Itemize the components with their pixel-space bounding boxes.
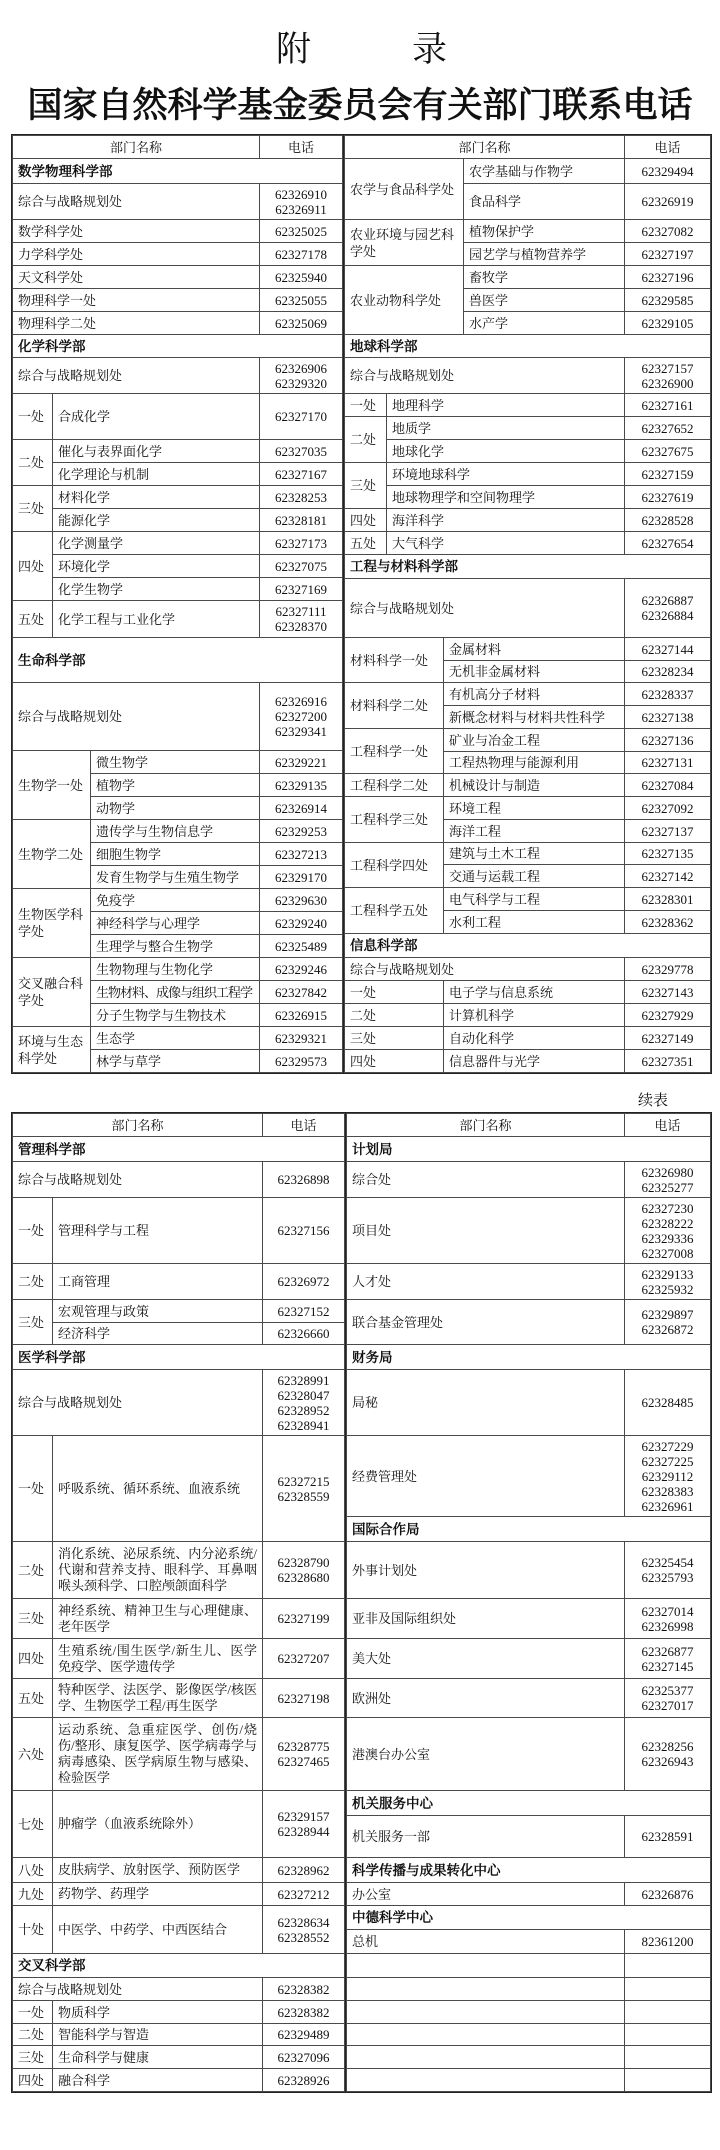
department-name: 海洋工程 bbox=[444, 820, 625, 843]
empty-cell bbox=[347, 1954, 625, 1978]
table-row: 综合与战略规划处62326916 62327200 62329341 bbox=[13, 683, 343, 751]
department-name: 农学基础与作物学 bbox=[464, 159, 625, 184]
phone-number: 62327131 bbox=[625, 752, 711, 774]
table-row: 物理科学一处62325055 bbox=[13, 289, 343, 312]
department-name: 综合与战略规划处 bbox=[13, 1978, 263, 2001]
phone-number: 62327136 bbox=[625, 729, 711, 752]
phone-number: 62327082 bbox=[625, 220, 711, 243]
division-label: 二处 bbox=[345, 417, 387, 463]
table-row: 欧洲处62325377 62327017 bbox=[347, 1679, 711, 1718]
table-row: 交叉科学部 bbox=[13, 1954, 345, 1978]
phone-number: 62327654 bbox=[625, 532, 711, 555]
department-name: 综合与战略规划处 bbox=[345, 958, 625, 981]
department-name: 机关服务一部 bbox=[347, 1816, 625, 1858]
phone-number: 62327652 bbox=[625, 417, 711, 440]
department-name: 金属材料 bbox=[444, 638, 625, 661]
department-name: 综合与战略规划处 bbox=[13, 1370, 263, 1436]
table-row: 四处生殖系统/围生医学/新生儿、医学免疫学、医学遗传学62327207 bbox=[13, 1639, 345, 1679]
column-header-name: 部门名称 bbox=[13, 1114, 263, 1137]
phone-number: 62327157 62326900 bbox=[625, 358, 711, 394]
department-name: 植物保护学 bbox=[464, 220, 625, 243]
table-row: 一处呼吸系统、循环系统、血液系统62327215 62328559 bbox=[13, 1436, 345, 1542]
department-name: 材料化学 bbox=[53, 486, 260, 509]
department-name: 化学测量学 bbox=[53, 532, 260, 555]
table-row: 综合与战略规划处62327157 62326900 bbox=[345, 358, 711, 394]
division-label: 三处 bbox=[13, 1300, 53, 1345]
appendix-title-char-1: 附 bbox=[276, 31, 311, 69]
department-name: 电子学与信息系统 bbox=[444, 981, 625, 1004]
division-label: 工程科学一处 bbox=[345, 729, 444, 774]
department-name: 力学科学处 bbox=[13, 243, 260, 266]
table-row: 财务局 bbox=[347, 1345, 711, 1370]
empty-cell bbox=[347, 1978, 625, 2001]
table-row: 地球科学部 bbox=[345, 335, 711, 358]
empty-cell bbox=[625, 2024, 711, 2046]
phone-number: 62329157 62328944 bbox=[263, 1791, 345, 1858]
division-label: 二处 bbox=[13, 2024, 53, 2046]
table-row: 数学科学处62325025 bbox=[13, 220, 343, 243]
department-name: 物理科学一处 bbox=[13, 289, 260, 312]
table-row: 九处药物学、药理学62327212 bbox=[13, 1883, 345, 1906]
department-name: 信息器件与光学 bbox=[444, 1050, 625, 1073]
phone-number: 62325025 bbox=[260, 220, 343, 243]
phone-number: 62327199 bbox=[263, 1599, 345, 1639]
phone-number: 62327173 bbox=[260, 532, 343, 555]
department-name: 机械设计与制造 bbox=[444, 774, 625, 797]
department-name: 物理科学二处 bbox=[13, 312, 260, 335]
table-row: 二处消化系统、泌尿系统、内分泌系统/代谢和营养支持、眼科学、耳鼻咽喉头颈科学、口… bbox=[13, 1542, 345, 1599]
division-label: 生物学一处 bbox=[13, 751, 91, 820]
department-name: 建筑与土木工程 bbox=[444, 843, 625, 865]
phone-number: 62327137 bbox=[625, 820, 711, 843]
section-header: 中德科学中心 bbox=[347, 1906, 711, 1930]
table-row: 美大处62326877 62327145 bbox=[347, 1639, 711, 1679]
department-name: 神经科学与心理学 bbox=[91, 912, 260, 935]
table-row: 十处中医学、中药学、中西医结合62328634 62328552 bbox=[13, 1906, 345, 1954]
table-row: 能源化学62328181 bbox=[13, 509, 343, 532]
table-row: 综合与战略规划处62326906 62329320 bbox=[13, 358, 343, 394]
phone-number: 62326876 bbox=[625, 1883, 711, 1906]
table-row: 一处地理科学62327161 bbox=[345, 394, 711, 417]
department-name: 园艺学与植物营养学 bbox=[464, 243, 625, 266]
section-header: 地球科学部 bbox=[345, 335, 711, 358]
phone-number: 62325489 bbox=[260, 935, 343, 958]
department-name: 矿业与冶金工程 bbox=[444, 729, 625, 752]
phone-number: 62327111 62328370 bbox=[260, 601, 343, 638]
column-header-name: 部门名称 bbox=[347, 1114, 625, 1137]
division-label: 三处 bbox=[13, 486, 53, 532]
table-row: 农学与食品科学处农学基础与作物学62329494 bbox=[345, 159, 711, 184]
division-label: 二处 bbox=[345, 1004, 444, 1027]
division-label: 四处 bbox=[13, 1639, 53, 1679]
department-name: 工程热物理与能源利用 bbox=[444, 752, 625, 774]
section-header: 生命科学部 bbox=[13, 638, 343, 683]
table-row: 化学理论与机制62327167 bbox=[13, 463, 343, 486]
table-row: 综合与战略规划处62328991 62328047 62328952 62328… bbox=[13, 1370, 345, 1436]
division-label: 工程科学二处 bbox=[345, 774, 444, 797]
table-row: 化学生物学62327169 bbox=[13, 578, 343, 601]
section-header: 国际合作局 bbox=[347, 1517, 711, 1542]
table-row: 工程科学一处矿业与冶金工程62327136 bbox=[345, 729, 711, 752]
table-row: 信息科学部 bbox=[345, 934, 711, 958]
empty-cell bbox=[625, 1954, 711, 1978]
department-name: 微生物学 bbox=[91, 751, 260, 774]
department-name: 综合与战略规划处 bbox=[13, 184, 260, 220]
division-label: 九处 bbox=[13, 1883, 53, 1906]
phone-number: 62329573 bbox=[260, 1050, 343, 1073]
empty-cell bbox=[625, 2001, 711, 2024]
table-row: 三处自动化科学62327149 bbox=[345, 1027, 711, 1050]
department-name: 交通与运载工程 bbox=[444, 865, 625, 888]
section-header: 管理科学部 bbox=[13, 1137, 345, 1162]
department-name: 消化系统、泌尿系统、内分泌系统/代谢和营养支持、眼科学、耳鼻咽喉头颈科学、口腔颅… bbox=[53, 1542, 263, 1599]
phone-number: 82361200 bbox=[625, 1930, 711, 1954]
phone-number: 62328234 bbox=[625, 661, 711, 683]
header-row: 部门名称电话 bbox=[13, 136, 343, 159]
division-label: 农业环境与园艺科学处 bbox=[345, 220, 464, 266]
phone-number: 62328181 bbox=[260, 509, 343, 532]
department-name: 分子生物学与生物技术 bbox=[91, 1004, 260, 1027]
table-row: 四处信息器件与光学62327351 bbox=[345, 1050, 711, 1073]
phone-number: 62327619 bbox=[625, 486, 711, 509]
phone-number: 62326898 bbox=[263, 1162, 345, 1198]
table-row: 经费管理处62327229 62327225 62329112 62328383… bbox=[347, 1436, 711, 1517]
header-row: 部门名称电话 bbox=[347, 1114, 711, 1137]
department-name: 生命科学与健康 bbox=[53, 2046, 263, 2069]
department-name: 智能科学与智造 bbox=[53, 2024, 263, 2046]
table-row: 综合与战略规划处62328382 bbox=[13, 1978, 345, 2001]
department-name: 办公室 bbox=[347, 1883, 625, 1906]
phone-number: 62327159 bbox=[625, 463, 711, 486]
department-name: 宏观管理与政策 bbox=[53, 1300, 263, 1323]
phone-number: 62325377 62327017 bbox=[625, 1679, 711, 1718]
department-name: 特种医学、法医学、影像医学/核医学、生物医学工程/再生医学 bbox=[53, 1679, 263, 1718]
phone-number: 62328775 62327465 bbox=[263, 1718, 345, 1791]
table-row: 总机82361200 bbox=[347, 1930, 711, 1954]
phone-number: 62327156 bbox=[263, 1198, 345, 1264]
department-name: 化学生物学 bbox=[53, 578, 260, 601]
phone-number: 62329630 bbox=[260, 889, 343, 912]
empty-cell bbox=[347, 2024, 625, 2046]
table-row: 环境与生态科学处生态学62329321 bbox=[13, 1027, 343, 1050]
division-label: 环境与生态科学处 bbox=[13, 1027, 91, 1073]
empty-row bbox=[347, 2069, 711, 2092]
division-label: 三处 bbox=[345, 1027, 444, 1050]
phone-number: 62327161 bbox=[625, 394, 711, 417]
department-name: 地理科学 bbox=[387, 394, 625, 417]
table-row: 化学科学部 bbox=[13, 335, 343, 358]
phone-number: 62328926 bbox=[263, 2069, 345, 2092]
division-label: 二处 bbox=[13, 440, 53, 486]
department-name: 物质科学 bbox=[53, 2001, 263, 2024]
table-row: 力学科学处62327178 bbox=[13, 243, 343, 266]
department-name: 人才处 bbox=[347, 1264, 625, 1300]
phone-number: 62329246 bbox=[260, 958, 343, 981]
department-name: 水利工程 bbox=[444, 911, 625, 934]
table-row: 生物医学科学处免疫学62329630 bbox=[13, 889, 343, 912]
department-name: 综合与战略规划处 bbox=[13, 358, 260, 394]
table-row: 物理科学二处62325069 bbox=[13, 312, 343, 335]
section-header: 信息科学部 bbox=[345, 934, 711, 958]
table-row: 地球化学62327675 bbox=[345, 440, 711, 463]
phone-number: 62329135 bbox=[260, 774, 343, 797]
division-label: 二处 bbox=[13, 1542, 53, 1599]
department-name: 总机 bbox=[347, 1930, 625, 1954]
department-name: 外事计划处 bbox=[347, 1542, 625, 1599]
table-row: 经济科学62326660 bbox=[13, 1323, 345, 1345]
phone-number: 62328591 bbox=[625, 1816, 711, 1858]
phone-number: 62327138 bbox=[625, 706, 711, 729]
table-row: 农业动物科学处畜牧学62327196 bbox=[345, 266, 711, 289]
table-row: 三处神经系统、精神卫生与心理健康、老年医学62327199 bbox=[13, 1599, 345, 1639]
table-row: 医学科学部 bbox=[13, 1345, 345, 1370]
department-name: 生理学与整合生物学 bbox=[91, 935, 260, 958]
phone-number: 62327075 bbox=[260, 555, 343, 578]
table-row: 管理科学部 bbox=[13, 1137, 345, 1162]
phone-number: 62328991 62328047 62328952 62328941 bbox=[263, 1370, 345, 1436]
phone-number: 62329105 bbox=[625, 312, 711, 335]
department-name: 海洋科学 bbox=[387, 509, 625, 532]
division-label: 四处 bbox=[13, 532, 53, 601]
phone-number: 62327169 bbox=[260, 578, 343, 601]
table-row: 农业环境与园艺科学处植物保护学62327082 bbox=[345, 220, 711, 243]
department-name: 畜牧学 bbox=[464, 266, 625, 289]
table-row: 三处材料化学62328253 bbox=[13, 486, 343, 509]
phone-number: 62328362 bbox=[625, 911, 711, 934]
department-name: 环境工程 bbox=[444, 797, 625, 820]
department-name: 综合与战略规划处 bbox=[13, 683, 260, 751]
phone-number: 62327170 bbox=[260, 394, 343, 440]
department-name: 综合处 bbox=[347, 1162, 625, 1198]
empty-cell bbox=[347, 2069, 625, 2092]
table-row: 三处生命科学与健康62327096 bbox=[13, 2046, 345, 2069]
department-name: 综合与战略规划处 bbox=[345, 358, 625, 394]
department-name: 生物物理与生物化学 bbox=[91, 958, 260, 981]
table-row: 工程与材料科学部 bbox=[345, 555, 711, 579]
division-label: 三处 bbox=[13, 2046, 53, 2069]
phone-number: 62327212 bbox=[263, 1883, 345, 1906]
phone-number: 62327144 bbox=[625, 638, 711, 661]
table-row: 计划局 bbox=[347, 1137, 711, 1162]
department-name: 生殖系统/围生医学/新生儿、医学免疫学、医学遗传学 bbox=[53, 1639, 263, 1679]
phone-number: 62327229 62327225 62329112 62328383 6232… bbox=[625, 1436, 711, 1517]
department-name: 地球化学 bbox=[387, 440, 625, 463]
division-label: 材料科学二处 bbox=[345, 683, 444, 729]
table-row: 联合基金管理处62329897 62326872 bbox=[347, 1300, 711, 1345]
table-row: 工程科学三处环境工程62327092 bbox=[345, 797, 711, 820]
division-label: 一处 bbox=[345, 981, 444, 1004]
table-row: 中德科学中心 bbox=[347, 1906, 711, 1930]
division-label: 工程科学三处 bbox=[345, 797, 444, 843]
department-name: 综合与战略规划处 bbox=[13, 1162, 263, 1198]
division-label: 三处 bbox=[345, 463, 387, 509]
phone-number: 62326915 bbox=[260, 1004, 343, 1027]
table-row: 数学物理科学部 bbox=[13, 159, 343, 184]
header-row: 部门名称电话 bbox=[13, 1114, 345, 1137]
phone-number: 62329489 bbox=[263, 2024, 345, 2046]
phone-number: 62326919 bbox=[625, 184, 711, 220]
empty-row bbox=[347, 1978, 711, 2001]
empty-row bbox=[347, 2024, 711, 2046]
phone-number: 62328382 bbox=[263, 2001, 345, 2024]
phone-number: 62329253 bbox=[260, 820, 343, 843]
section-header: 机关服务中心 bbox=[347, 1791, 711, 1816]
division-label: 一处 bbox=[13, 394, 53, 440]
phone-number: 62325940 bbox=[260, 266, 343, 289]
phone-number: 62327084 bbox=[625, 774, 711, 797]
department-name: 美大处 bbox=[347, 1639, 625, 1679]
phone-number: 62326980 62325277 bbox=[625, 1162, 711, 1198]
table-row: 地球物理学和空间物理学62327619 bbox=[345, 486, 711, 509]
phone-number: 62329133 62325932 bbox=[625, 1264, 711, 1300]
department-name: 遗传学与生物信息学 bbox=[91, 820, 260, 843]
department-name: 兽医学 bbox=[464, 289, 625, 312]
phone-number: 62329494 bbox=[625, 159, 711, 184]
division-label: 一处 bbox=[13, 1436, 53, 1542]
empty-cell bbox=[625, 2069, 711, 2092]
department-name: 管理科学与工程 bbox=[53, 1198, 263, 1264]
phone-number: 62327207 bbox=[263, 1639, 345, 1679]
table-row: 工程科学二处机械设计与制造62327084 bbox=[345, 774, 711, 797]
division-label: 工程科学五处 bbox=[345, 888, 444, 934]
table-row: 生命科学部 bbox=[13, 638, 343, 683]
phone-number: 62328337 bbox=[625, 683, 711, 706]
department-name: 皮肤病学、放射医学、预防医学 bbox=[53, 1858, 263, 1883]
division-label: 四处 bbox=[13, 2069, 53, 2092]
table-row: 综合与战略规划处62326910 62326911 bbox=[13, 184, 343, 220]
section-header: 工程与材料科学部 bbox=[345, 555, 711, 579]
department-name: 联合基金管理处 bbox=[347, 1300, 625, 1345]
department-name: 化学理论与机制 bbox=[53, 463, 260, 486]
department-name: 大气科学 bbox=[387, 532, 625, 555]
department-name: 综合与战略规划处 bbox=[345, 579, 625, 638]
column-header-phone: 电话 bbox=[263, 1114, 345, 1137]
department-name: 细胞生物学 bbox=[91, 843, 260, 866]
table-row: 七处肿瘤学（血液系统除外）62329157 62328944 bbox=[13, 1791, 345, 1858]
section-header: 数学物理科学部 bbox=[13, 159, 343, 184]
division-label: 一处 bbox=[345, 394, 387, 417]
division-label: 二处 bbox=[13, 1264, 53, 1300]
column-header-phone: 电话 bbox=[260, 136, 343, 159]
column-header-name: 部门名称 bbox=[13, 136, 260, 159]
table-row: 四处融合科学62328926 bbox=[13, 2069, 345, 2092]
department-name: 能源化学 bbox=[53, 509, 260, 532]
empty-row bbox=[347, 2046, 711, 2069]
department-name: 工商管理 bbox=[53, 1264, 263, 1300]
division-label: 五处 bbox=[13, 601, 53, 638]
table-row: 天文科学处62325940 bbox=[13, 266, 343, 289]
phone-number: 62327842 bbox=[260, 981, 343, 1004]
table-row: 四处海洋科学62328528 bbox=[345, 509, 711, 532]
phone-number: 62329897 62326872 bbox=[625, 1300, 711, 1345]
division-label: 交叉融合科学处 bbox=[13, 958, 91, 1027]
department-name: 动物学 bbox=[91, 797, 260, 820]
phone-number: 62327929 bbox=[625, 1004, 711, 1027]
division-label: 农学与食品科学处 bbox=[345, 159, 464, 220]
phone-number: 62327135 bbox=[625, 843, 711, 865]
contacts-table-2: 部门名称电话 管理科学部 综合与战略规划处62326898 一处管理科学与工程6… bbox=[11, 1112, 712, 2093]
table-row: 港澳台办公室62328256 62326943 bbox=[347, 1718, 711, 1791]
phone-number: 62326916 62327200 62329341 bbox=[260, 683, 343, 751]
department-name: 欧洲处 bbox=[347, 1679, 625, 1718]
table-row: 材料科学一处金属材料62327144 bbox=[345, 638, 711, 661]
table-row: 一处物质科学62328382 bbox=[13, 2001, 345, 2024]
phone-number: 62327142 bbox=[625, 865, 711, 888]
table-row: 四处化学测量学62327173 bbox=[13, 532, 343, 555]
table-row: 五处特种医学、法医学、影像医学/核医学、生物医学工程/再生医学62327198 bbox=[13, 1679, 345, 1718]
phone-number: 62327167 bbox=[260, 463, 343, 486]
column-header-name: 部门名称 bbox=[345, 136, 625, 159]
phone-number: 62327014 62326998 bbox=[625, 1599, 711, 1639]
department-name: 催化与表界面化学 bbox=[53, 440, 260, 463]
table-row: 生物学二处遗传学与生物信息学62329253 bbox=[13, 820, 343, 843]
table-row: 一处电子学与信息系统62327143 bbox=[345, 981, 711, 1004]
department-name: 经费管理处 bbox=[347, 1436, 625, 1517]
division-label: 七处 bbox=[13, 1791, 53, 1858]
department-name: 水产学 bbox=[464, 312, 625, 335]
table-row: 综合与战略规划处62329778 bbox=[345, 958, 711, 981]
table-row: 生物学一处微生物学62329221 bbox=[13, 751, 343, 774]
phone-number: 62326914 bbox=[260, 797, 343, 820]
table-row: 二处地质学62327652 bbox=[345, 417, 711, 440]
department-name: 药物学、药理学 bbox=[53, 1883, 263, 1906]
division-label: 三处 bbox=[13, 1599, 53, 1639]
contacts-table-1: 部门名称电话 数学物理科学部 综合与战略规划处62326910 62326911… bbox=[11, 134, 712, 1074]
phone-number: 62328256 62326943 bbox=[625, 1718, 711, 1791]
department-name: 呼吸系统、循环系统、血液系统 bbox=[53, 1436, 263, 1542]
table-2-left-half: 部门名称电话 管理科学部 综合与战略规划处62326898 一处管理科学与工程6… bbox=[12, 1113, 345, 2092]
table-row: 综合与战略规划处62326887 62326884 bbox=[345, 579, 711, 638]
department-name: 亚非及国际组织处 bbox=[347, 1599, 625, 1639]
table-2-right-half: 部门名称电话 计划局 综合处62326980 62325277 项目处62327… bbox=[346, 1113, 711, 2092]
department-name: 天文科学处 bbox=[13, 266, 260, 289]
phone-number: 62327213 bbox=[260, 843, 343, 866]
section-header: 财务局 bbox=[347, 1345, 711, 1370]
division-label: 五处 bbox=[345, 532, 387, 555]
department-name: 植物学 bbox=[91, 774, 260, 797]
phone-number: 62326877 62327145 bbox=[625, 1639, 711, 1679]
phone-number: 62327035 bbox=[260, 440, 343, 463]
phone-number: 62327215 62328559 bbox=[263, 1436, 345, 1542]
phone-number: 62328253 bbox=[260, 486, 343, 509]
department-name: 经济科学 bbox=[53, 1323, 263, 1345]
division-label: 八处 bbox=[13, 1858, 53, 1883]
phone-number: 62327152 bbox=[263, 1300, 345, 1323]
phone-number: 62326972 bbox=[263, 1264, 345, 1300]
section-header: 医学科学部 bbox=[13, 1345, 345, 1370]
appendix-title-char-2: 录 bbox=[412, 31, 447, 69]
table-1-right-half: 部门名称电话 农学与食品科学处农学基础与作物学62329494 食品科学6232… bbox=[344, 135, 711, 1073]
phone-number: 62327092 bbox=[625, 797, 711, 820]
department-name: 地球物理学和空间物理学 bbox=[387, 486, 625, 509]
department-name: 合成化学 bbox=[53, 394, 260, 440]
table-row: 三处环境地球科学62327159 bbox=[345, 463, 711, 486]
phone-number: 62328528 bbox=[625, 509, 711, 532]
table-row: 二处智能科学与智造62329489 bbox=[13, 2024, 345, 2046]
column-header-phone: 电话 bbox=[625, 1114, 711, 1137]
section-header: 化学科学部 bbox=[13, 335, 343, 358]
department-name: 环境地球科学 bbox=[387, 463, 625, 486]
empty-row bbox=[347, 2001, 711, 2024]
phone-number: 62329321 bbox=[260, 1027, 343, 1050]
department-name: 免疫学 bbox=[91, 889, 260, 912]
table-row: 一处管理科学与工程62327156 bbox=[13, 1198, 345, 1264]
phone-number: 62325454 62325793 bbox=[625, 1542, 711, 1599]
phone-number: 62325069 bbox=[260, 312, 343, 335]
table-row: 机关服务一部62328591 bbox=[347, 1816, 711, 1858]
department-name: 食品科学 bbox=[464, 184, 625, 220]
table-row: 二处工商管理62326972 bbox=[13, 1264, 345, 1300]
